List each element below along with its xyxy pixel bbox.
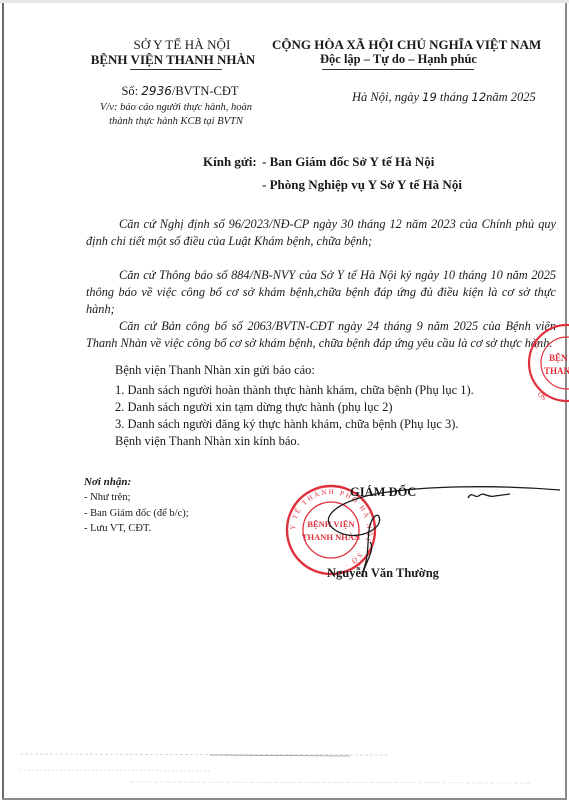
recipient-item: - Ban Giám đốc Sở Y tế Hà Nội bbox=[262, 154, 434, 170]
org-underline bbox=[130, 69, 222, 70]
legal-basis-paragraph: Căn cứ Thông báo số 884/NB-NVY của Sở Y … bbox=[86, 267, 556, 318]
national-title: CỘNG HÒA XÃ HỘI CHỦ NGHĨA VIỆT NAM bbox=[270, 37, 569, 53]
date-day: 19 bbox=[422, 90, 437, 104]
report-list-item: 3. Danh sách người đăng ký thực hành khá… bbox=[115, 417, 459, 432]
svg-text:ỞS: ỞS bbox=[536, 390, 548, 402]
edge-seal-stamp: BỆN THAN TẾ ỞS bbox=[525, 318, 569, 408]
date-prefix: Hà Nội, ngày bbox=[352, 90, 422, 104]
distribution-item: - Ban Giám đốc (để b/c); bbox=[84, 508, 189, 519]
report-list-item: 2. Danh sách người xin tạm dừng thực hàn… bbox=[115, 400, 393, 415]
org-parent: SỞ Y TẾ HÀ NỘI bbox=[97, 37, 267, 53]
viewer-top-bar bbox=[0, 0, 569, 3]
document-number: Số: 2936/BVTN-CĐT bbox=[105, 84, 255, 99]
report-intro: Bệnh viện Thanh Nhàn xin gửi báo cáo: bbox=[115, 363, 315, 378]
legal-basis-paragraph: Căn cứ Nghị định số 96/2023/NĐ-CP ngày 3… bbox=[86, 216, 556, 250]
distribution-item: - Lưu VT, CĐT. bbox=[84, 523, 151, 534]
scan-artifact bbox=[20, 750, 550, 790]
national-motto: Độc lập – Tự do – Hạnh phúc bbox=[320, 52, 477, 67]
org-name: BỆNH VIỆN THANH NHÀN bbox=[88, 52, 258, 68]
number-suffix: /BVTN-CĐT bbox=[172, 84, 239, 98]
closing-line: Bệnh viện Thanh Nhàn xin kính báo. bbox=[115, 434, 300, 449]
date-month-label: tháng bbox=[437, 90, 472, 104]
svg-text:THAN: THAN bbox=[544, 366, 569, 376]
distribution-label: Nơi nhận: bbox=[84, 476, 131, 488]
date-year: năm 2025 bbox=[486, 90, 536, 104]
svg-text:BỆN: BỆN bbox=[549, 353, 568, 363]
legal-basis-paragraph: Căn cứ Bản công bố số 2063/BVTN-CĐT ngày… bbox=[86, 318, 556, 352]
date-month: 12 bbox=[472, 90, 487, 104]
document-subject: V/v: báo cáo người thực hành, hoàn thành… bbox=[90, 101, 262, 129]
signer-name: Nguyễn Văn Thường bbox=[327, 566, 439, 581]
number-handwritten: 2936 bbox=[141, 84, 172, 98]
motto-underline bbox=[322, 69, 474, 70]
recipient-item: - Phòng Nghiệp vụ Y Sở Y tế Hà Nội bbox=[262, 177, 462, 193]
document-date: Hà Nội, ngày 19 tháng 12năm 2025 bbox=[352, 90, 536, 105]
distribution-item: - Như trên; bbox=[84, 492, 131, 503]
number-prefix: Số: bbox=[121, 84, 141, 98]
page-border-left bbox=[2, 3, 4, 800]
report-list-item: 1. Danh sách người hoàn thành thực hành … bbox=[115, 383, 474, 398]
recipients-label: Kính gửi: bbox=[203, 154, 257, 170]
